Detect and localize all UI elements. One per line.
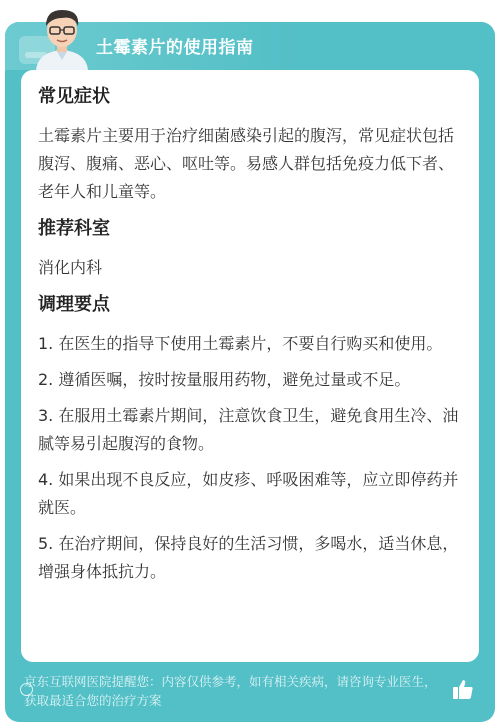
care-item: 2. 遵循医嘱，按时按量服用药物，避免过量或不足。 bbox=[38, 366, 462, 394]
doctor-avatar-icon bbox=[28, 4, 96, 70]
disclaimer-text: 京东互联网医院提醒您：内容仅供参考，如有相关疾病，请咨询专业医生，获取最适合您的… bbox=[24, 672, 444, 710]
care-item: 3. 在服用土霉素片期间，注意饮食卫生，避免食用生冷、油腻等易引起腹泻的食物。 bbox=[38, 402, 462, 458]
page-title: 土霉素片的使用指南 bbox=[96, 33, 254, 58]
thumbs-up-icon[interactable] bbox=[452, 678, 474, 700]
department-text: 消化内科 bbox=[38, 254, 462, 282]
content-card: 常见症状 土霉素片主要用于治疗细菌感染引起的腹泻，常见症状包括腹泻、腹痛、恶心、… bbox=[21, 70, 479, 662]
care-item: 5. 在治疗期间，保持良好的生活习惯，多喝水，适当休息，增强身体抵抗力。 bbox=[38, 530, 462, 586]
section-heading-care: 调理要点 bbox=[38, 292, 462, 318]
symptoms-text: 土霉素片主要用于治疗细菌感染引起的腹泻，常见症状包括腹泻、腹痛、恶心、呕吐等。易… bbox=[38, 122, 462, 206]
care-item: 1. 在医生的指导下使用土霉素片，不要自行购买和使用。 bbox=[38, 330, 462, 358]
care-item: 4. 如果出现不良反应，如皮疹、呼吸困难等，应立即停药并就医。 bbox=[38, 466, 462, 522]
section-heading-symptoms: 常见症状 bbox=[38, 84, 462, 110]
section-heading-department: 推荐科室 bbox=[38, 216, 462, 242]
